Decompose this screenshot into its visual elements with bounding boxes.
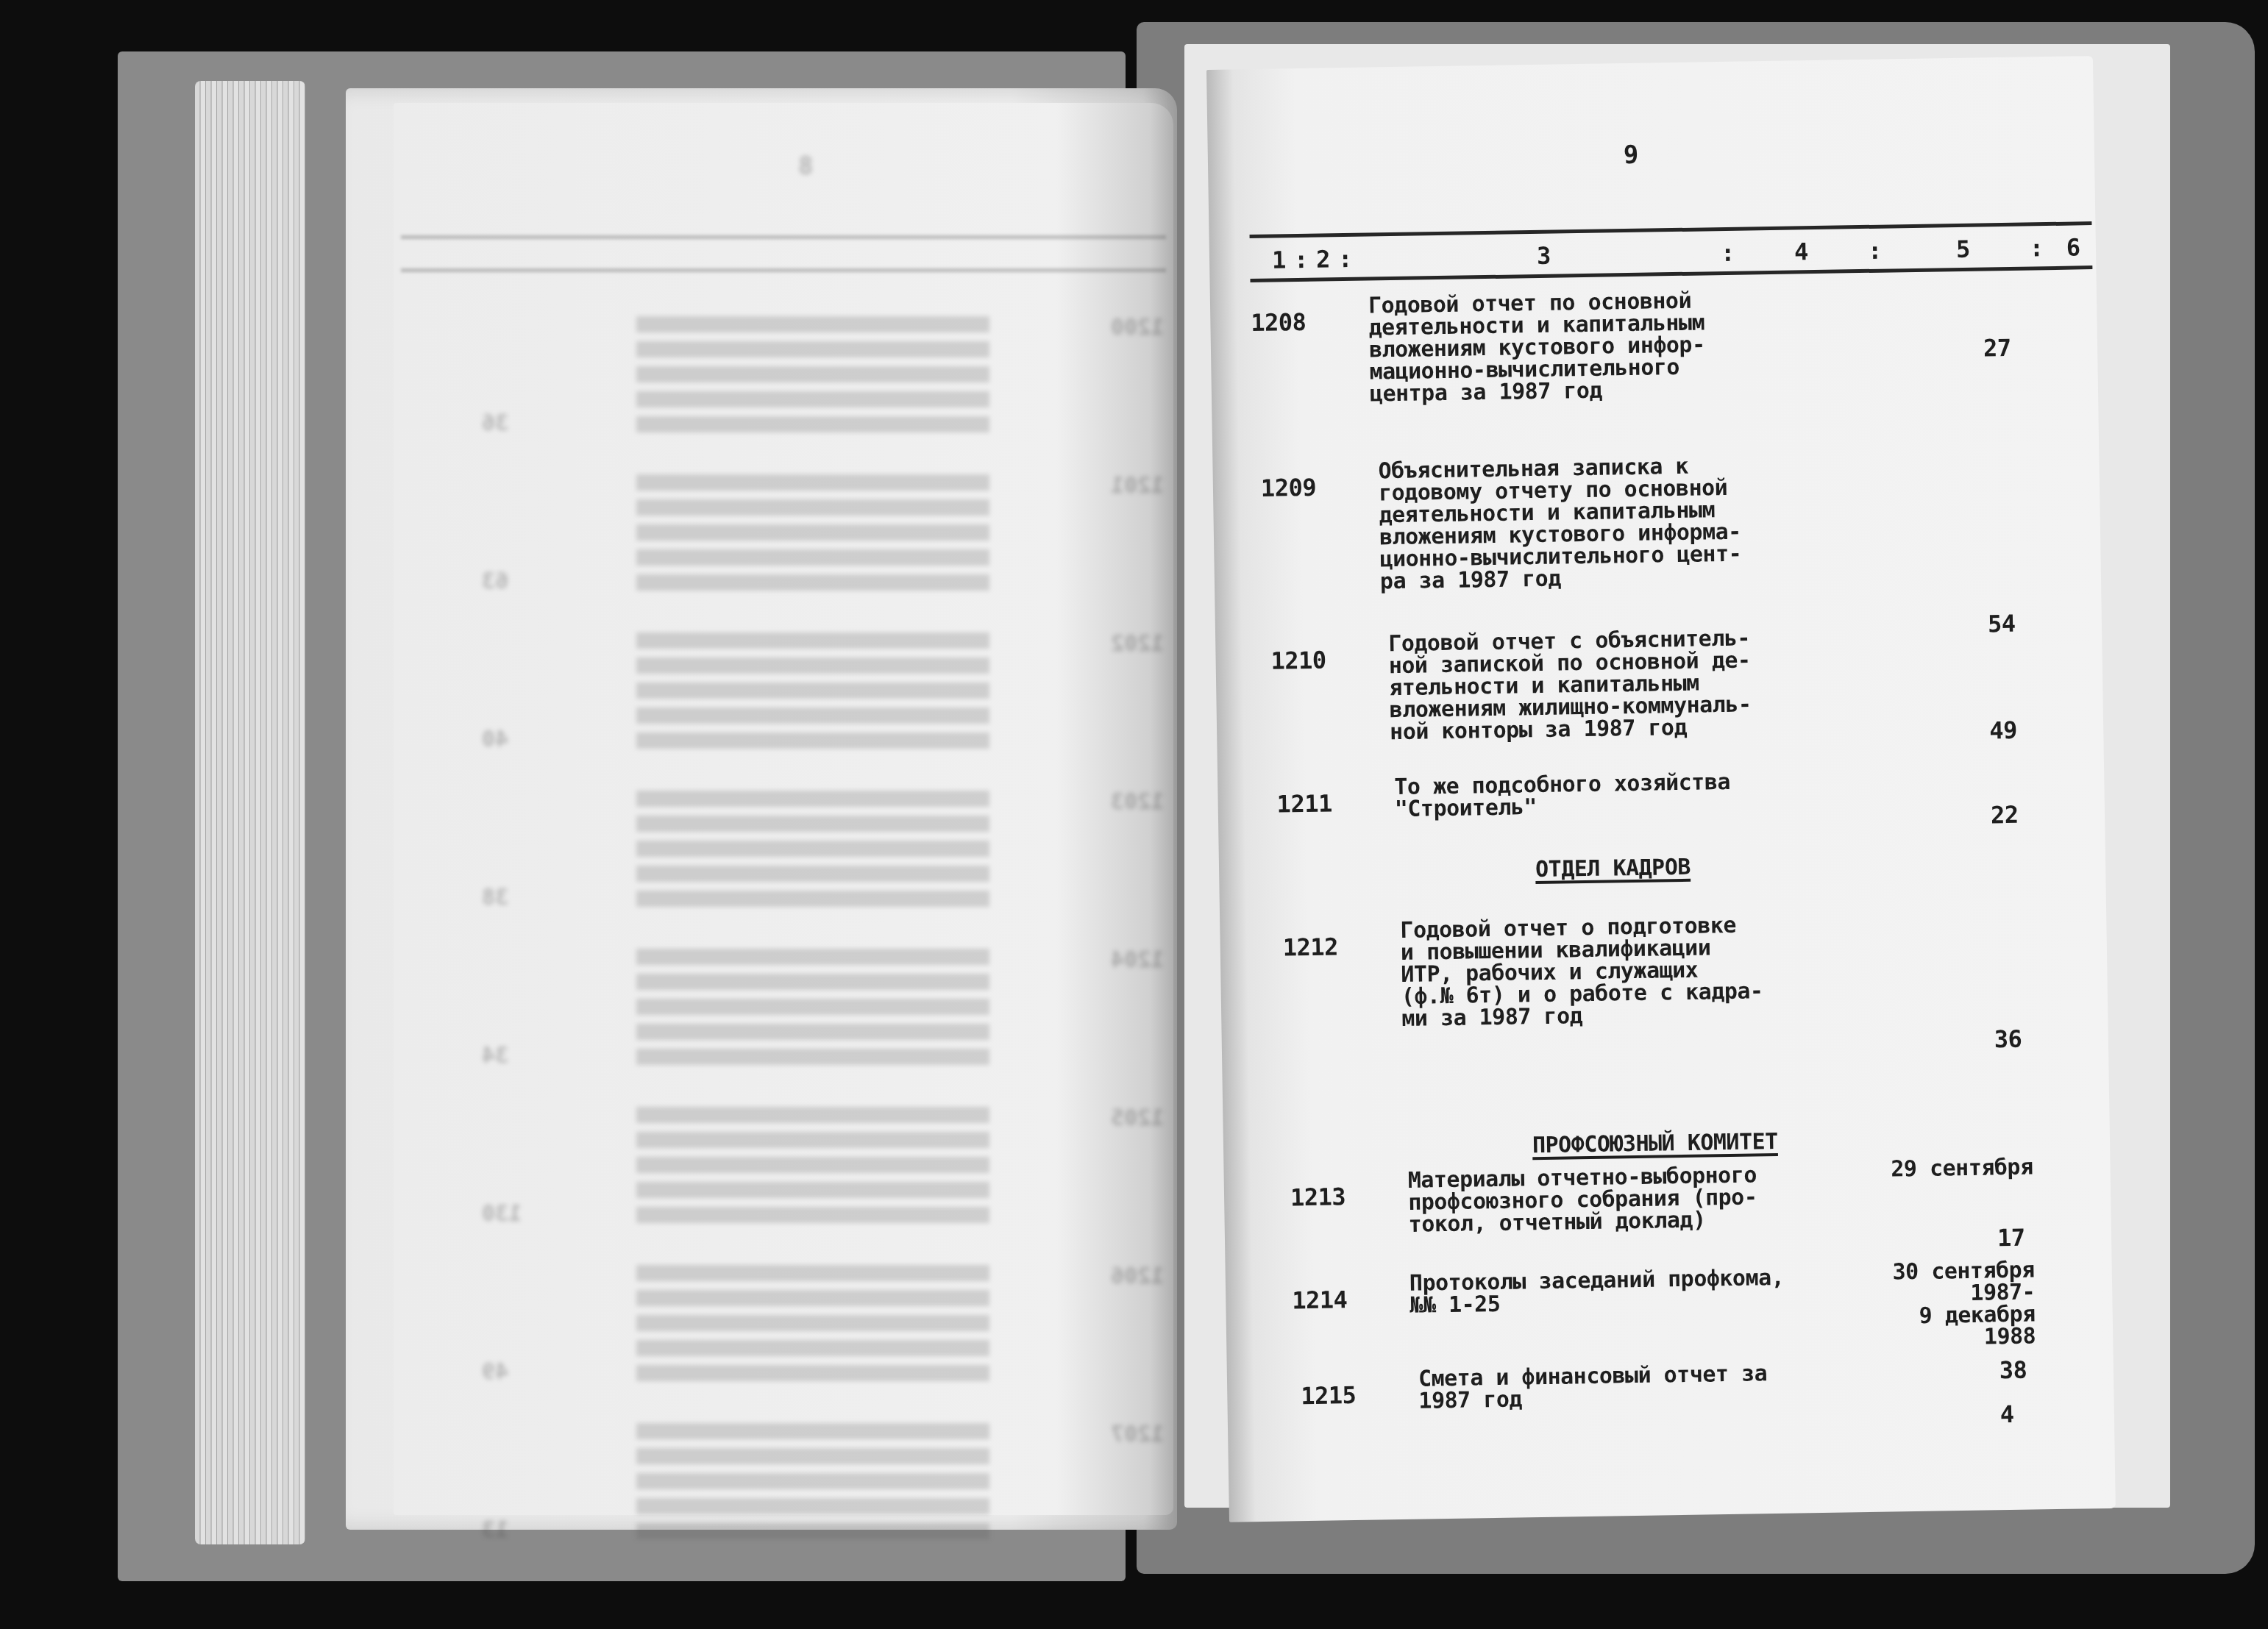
ghost-entry-number: 1204 <box>1111 949 1164 972</box>
ghost-entry-text <box>636 632 989 758</box>
page-number: 9 <box>1624 144 1638 166</box>
column-separator: : <box>1721 242 1735 264</box>
entry-sheet-count: 27 <box>1983 337 2011 360</box>
entry-dates: 29 сентября <box>1790 1157 2033 1183</box>
entry-title: Годовой отчет с объяснитель- ной записко… <box>1388 627 1752 744</box>
page-stack-edges <box>195 81 305 1544</box>
entry-number: 1211 <box>1276 792 1332 815</box>
column-separator: : <box>1294 249 1308 271</box>
entry-title: Протоколы заседаний профкома, №№ 1-25 <box>1409 1267 1785 1317</box>
ghost-entry-number: 1206 <box>1111 1265 1164 1288</box>
ghost-entry-number: 1203 <box>1111 791 1164 814</box>
entry-title: Материалы отчетно-выборного профсоюзного… <box>1408 1164 1758 1236</box>
ghost-entry-text <box>636 1265 989 1390</box>
entry-sheet-count: 36 <box>1994 1028 2022 1051</box>
entry-sheet-count: 17 <box>1997 1227 2025 1250</box>
entry-title: То же подсобного хозяйства "Строитель" <box>1394 771 1730 821</box>
ghost-entry-text <box>636 791 989 916</box>
right-page: 9 1:2:34:5:6: 1208Годовой отчет по основ… <box>1206 56 2116 1522</box>
ghost-entry-number: 1201 <box>1111 474 1164 498</box>
ghost-entry-number: 1207 <box>1111 1423 1164 1447</box>
left-page-number: 8 <box>798 154 813 178</box>
ghost-rule-bottom <box>401 268 1166 272</box>
entry-number: 1212 <box>1283 935 1339 958</box>
ghost-entry-text <box>636 1107 989 1232</box>
entry-title: Смета и финансовый отчет за 1987 год <box>1418 1363 1768 1412</box>
ghost-sheet-count: 63 <box>482 570 508 594</box>
column-header-5: 5 <box>1956 238 1970 260</box>
entry-sheet-count: 54 <box>1988 613 2016 635</box>
ghost-sheet-count: 36 <box>482 412 508 435</box>
entry-title: Годовой отчет по основной деятельности и… <box>1368 290 1706 405</box>
ghost-sheet-count: 49 <box>482 1361 508 1384</box>
left-page: 8 12003612016312024012033812043412051301… <box>394 103 1173 1515</box>
column-separator: : <box>1868 240 1882 262</box>
ghost-entry-number: 1202 <box>1111 632 1164 656</box>
section-heading-personnel: ОТДЕЛ КАДРОВ <box>1535 857 1691 881</box>
header-rule-bottom <box>1250 265 2092 282</box>
ghost-entry-text <box>636 949 989 1074</box>
ghost-entry-number: 1205 <box>1111 1107 1164 1130</box>
column-header-6: 6 <box>2066 236 2080 258</box>
entry-number: 1214 <box>1292 1288 1348 1311</box>
column-separator: : <box>2030 237 2044 259</box>
entry-sheet-count: 4 <box>2000 1403 2014 1425</box>
entry-title: Годовой отчет о подготовке и повышении к… <box>1400 914 1763 1030</box>
ghost-sheet-count: 130 <box>482 1202 522 1226</box>
ghost-sheet-count: 34 <box>482 1044 508 1068</box>
entry-number: 1210 <box>1270 649 1326 672</box>
entry-sheet-count: 49 <box>1989 719 2017 742</box>
section-heading-trade-union: ПРОФСОЮЗНЫЙ КОМИТЕТ <box>1532 1131 1778 1157</box>
ghost-entry-text <box>636 316 989 441</box>
ghost-sheet-count: 40 <box>482 728 508 752</box>
entry-number: 1215 <box>1301 1384 1357 1407</box>
ghost-entry-text <box>636 474 989 599</box>
column-header-1: 1 <box>1272 249 1286 271</box>
entry-title: Объяснительная записка к годовому отчету… <box>1378 455 1742 594</box>
ghost-entry-number: 1200 <box>1111 316 1164 340</box>
ghost-entry-text <box>636 1423 989 1548</box>
column-header-3: 3 <box>1537 245 1551 267</box>
ghost-sheet-count: 38 <box>482 886 508 910</box>
entry-sheet-count: 38 <box>1999 1359 2027 1382</box>
column-separator: : <box>1338 248 1352 270</box>
column-header-2: 2 <box>1316 248 1330 270</box>
entry-number: 1213 <box>1290 1186 1346 1208</box>
entry-sheet-count: 22 <box>1991 804 2019 827</box>
ghost-sheet-count: 13 <box>482 1519 508 1542</box>
entry-dates: 30 сентября 1987- 9 декабря 1988 <box>1792 1260 2036 1352</box>
entry-number: 1209 <box>1261 477 1317 499</box>
column-header-4: 4 <box>1794 240 1808 263</box>
entry-number: 1208 <box>1251 311 1307 334</box>
ghost-rule-top <box>401 235 1166 239</box>
